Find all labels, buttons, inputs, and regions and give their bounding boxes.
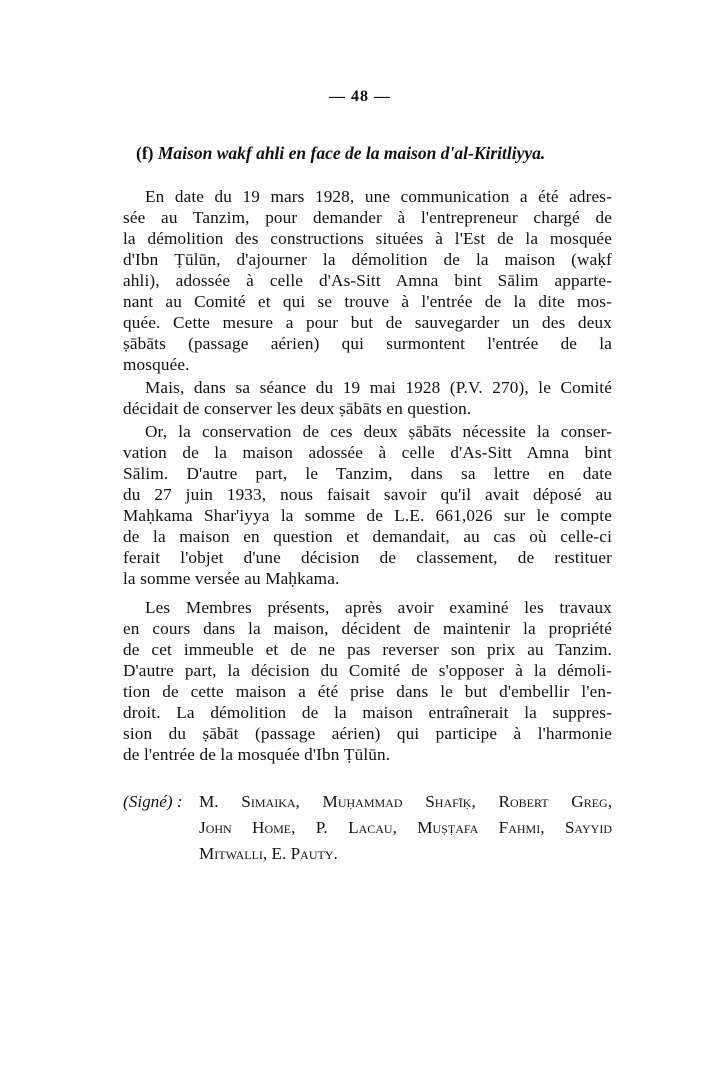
page-number: — 48 — [0,88,720,106]
text-line: la somme versée au Maḥkama. [123,568,612,589]
section-label: (f) [136,143,153,163]
text-line: ahli), adossée à celle d'As-Sitt Amna bi… [123,270,612,291]
text-line: En date du 19 mars 1928, une communicati… [145,186,612,207]
signature-label: (Signé) : [123,791,183,812]
text-line: ferait l'objet d'une décision de classem… [123,547,612,568]
text-line: Sālim. D'autre part, le Tanzim, dans sa … [123,463,612,484]
text-line: ṣābāts (passage aérien) qui surmontent l… [123,333,612,354]
signature-label-text: (Signé) : [123,792,183,811]
text-line: de l'entrée de la mosquée d'Ibn Ṭūlūn. [123,744,612,765]
text-line: de cet immeuble et de ne pas reverser so… [123,639,612,660]
text-line: Or, la conservation de ces deux ṣābāts n… [145,421,612,442]
text-line: la démolition des constructions situées … [123,228,612,249]
text-line: en cours dans la maison, décident de mai… [123,618,612,639]
text-line: Mais, dans sa séance du 19 mai 1928 (P.V… [145,377,612,398]
text-line: quée. Cette mesure a pour but de sauvega… [123,312,612,333]
text-line: nant au Comité et qui se trouve à l'entr… [123,291,612,312]
text-line: Les Membres présents, après avoir examin… [145,597,612,618]
signatory-line: Mitwalli, E. Pauty. [199,843,612,864]
document-page: — 48 — (f) Maison wakf ahli en face de l… [0,0,720,1082]
signatory-line: M. Simaika, Muḥammad Shafīḳ, Robert Greg… [199,791,612,812]
section-title: Maison wakf ahli en face de la maison d'… [158,143,545,163]
text-line: de la maison en question et demandait, a… [123,526,612,547]
text-line: sion du ṣābāt (passage aérien) qui parti… [123,723,612,744]
text-line: tion de cette maison a été prise dans le… [123,681,612,702]
text-line: Maḥkama Shar'iyya la somme de L.E. 661,0… [123,505,612,526]
text-line: vation de la maison adossée à celle d'As… [123,442,612,463]
text-line: décidait de conserver les deux ṣābāts en… [123,398,612,419]
text-line: droit. La démolition de la maison entraî… [123,702,612,723]
text-line: mosquée. [123,354,612,375]
text-line: du 27 juin 1933, nous faisait savoir qu'… [123,484,612,505]
text-line: sée au Tanzim, pour demander à l'entrepr… [123,207,612,228]
section-heading: (f) Maison wakf ahli en face de la maiso… [136,143,616,164]
text-line: D'autre part, la décision du Comité de s… [123,660,612,681]
signatory-line: John Home, P. Lacau, Muṣṭafa Fahmi, Sayy… [199,817,612,838]
text-line: d'Ibn Ṭūlūn, d'ajourner la démolition de… [123,249,612,270]
